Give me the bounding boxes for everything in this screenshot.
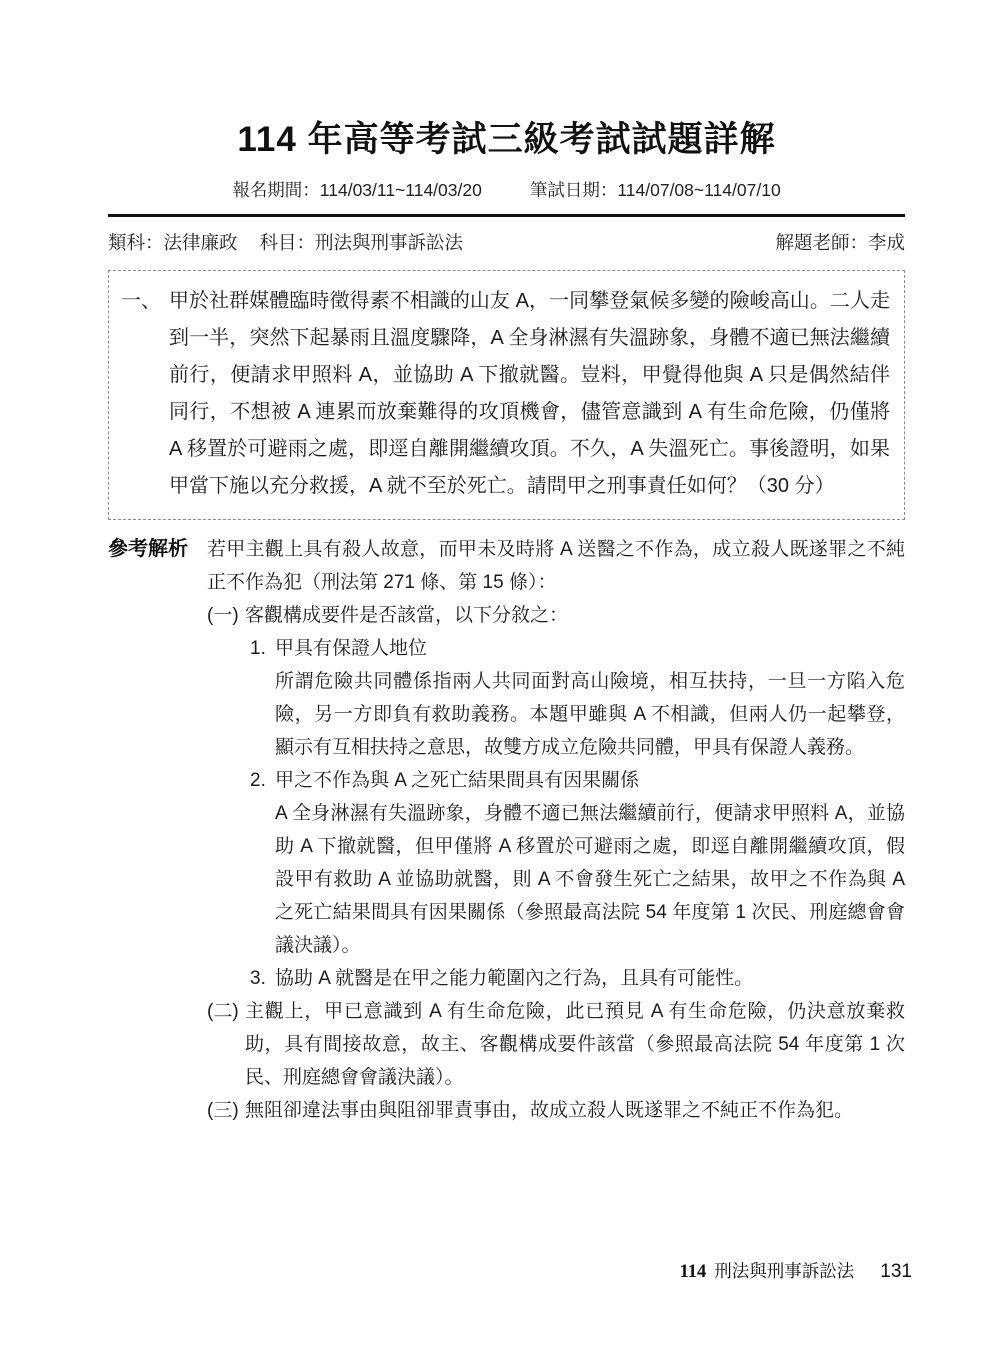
analysis-item-3: (三) 無阻卻違法事由與阻卻罪責事由，故成立殺人既遂罪之不純正不作為犯。 <box>207 1094 905 1127</box>
category-label: 類科：法律廉政 <box>108 229 238 255</box>
instructor-label: 解題老師：李成 <box>775 229 905 255</box>
item-text: 無阻卻違法事由與阻卻罪責事由，故成立殺人既遂罪之不純正不作為犯。 <box>245 1094 905 1127</box>
question-text: 甲於社群媒體臨時徵得素不相識的山友 A，一同攀登氣候多變的險峻高山。二人走到一半… <box>169 283 890 505</box>
subitem-number: 1. <box>250 632 275 665</box>
analysis-item-2: (二) 主觀上，甲已意識到 A 有生命危險，此已預見 A 有生命危險，仍決意放棄… <box>207 995 905 1094</box>
analysis-subitem-2: 2. 甲之不作為與 A 之死亡結果間具有因果關係 A 全身淋濕有失溫跡象，身體不… <box>207 764 905 962</box>
analysis-label: 參考解析 <box>108 533 207 566</box>
subitem-body: A 全身淋濕有失溫跡象，身體不適已無法繼續前行，便請求甲照料 A，並協助 A 下… <box>275 797 905 962</box>
item-text: 主觀上，甲已意識到 A 有生命危險，此已預見 A 有生命危險，仍決意放棄救助，具… <box>245 995 905 1094</box>
exam-solution-page: 114 年高等考試三級考試試題詳解 報名期間：114/03/11~114/03/… <box>0 0 1000 1353</box>
analysis-section: 參考解析 若甲主觀上具有殺人故意，而甲未及時將 A 送醫之不作為，成立殺人既遂罪… <box>108 533 905 1127</box>
analysis-body: 若甲主觀上具有殺人故意，而甲未及時將 A 送醫之不作為，成立殺人既遂罪之不純正不… <box>207 533 905 1127</box>
analysis-item-1: (一) 客觀構成要件是否該當，以下分敘之： <box>207 599 905 632</box>
page-footer: 114 刑法與刑事訴訟法 131 <box>680 1258 912 1283</box>
footer-subject: 刑法與刑事訴訟法 <box>714 1258 854 1283</box>
page-content: 114 年高等考試三級考試試題詳解 報名期間：114/03/11~114/03/… <box>0 0 1000 1127</box>
subitem-title: 協助 A 就醫是在甲之能力範圍內之行為，且具有可能性。 <box>275 962 905 995</box>
analysis-subitem-3: 3. 協助 A 就醫是在甲之能力範圍內之行為，且具有可能性。 <box>207 962 905 995</box>
item-marker: (一) <box>207 599 245 632</box>
question-number: 一、 <box>121 283 169 320</box>
subitem-content: 甲之不作為與 A 之死亡結果間具有因果關係 A 全身淋濕有失溫跡象，身體不適已無… <box>275 764 905 962</box>
subitem-content: 甲具有保證人地位 所謂危險共同體係指兩人共同面對高山險境，相互扶持，一旦一方陷入… <box>275 632 905 764</box>
subitem-number: 3. <box>250 962 275 995</box>
item-text: 客觀構成要件是否該當，以下分敘之： <box>245 599 905 632</box>
page-title: 114 年高等考試三級考試試題詳解 <box>108 112 905 162</box>
subitem-body: 所謂危險共同體係指兩人共同面對高山險境，相互扶持，一旦一方陷入危險，另一方即負有… <box>275 665 905 764</box>
subitem-title: 甲之不作為與 A 之死亡結果間具有因果關係 <box>275 764 905 797</box>
subitem-content: 協助 A 就醫是在甲之能力範圍內之行為，且具有可能性。 <box>275 962 905 995</box>
analysis-subitem-1: 1. 甲具有保證人地位 所謂危險共同體係指兩人共同面對高山險境，相互扶持，一旦一… <box>207 632 905 764</box>
registration-period: 報名期間：114/03/11~114/03/20 <box>232 177 482 202</box>
subitem-title: 甲具有保證人地位 <box>275 632 905 665</box>
footer-volume: 114 <box>680 1262 707 1283</box>
exam-date: 筆試日期：114/07/08~114/07/10 <box>530 177 781 202</box>
footer-page-number: 131 <box>880 1261 912 1283</box>
meta-left: 類科：法律廉政 科目：刑法與刑事訴訟法 <box>108 229 463 255</box>
analysis-intro: 若甲主觀上具有殺人故意，而甲未及時將 A 送醫之不作為，成立殺人既遂罪之不純正不… <box>207 533 905 599</box>
item-marker: (三) <box>207 1094 245 1127</box>
header-divider <box>108 214 905 217</box>
subject-label: 科目：刑法與刑事訴訟法 <box>260 229 464 255</box>
header-dates: 報名期間：114/03/11~114/03/20 筆試日期：114/07/08~… <box>108 177 905 202</box>
item-marker: (二) <box>207 995 245 1028</box>
question-box: 一、 甲於社群媒體臨時徵得素不相識的山友 A，一同攀登氣候多變的險峻高山。二人走… <box>108 270 905 520</box>
subitem-number: 2. <box>250 764 275 797</box>
meta-row: 類科：法律廉政 科目：刑法與刑事訴訟法 解題老師：李成 <box>108 229 905 255</box>
